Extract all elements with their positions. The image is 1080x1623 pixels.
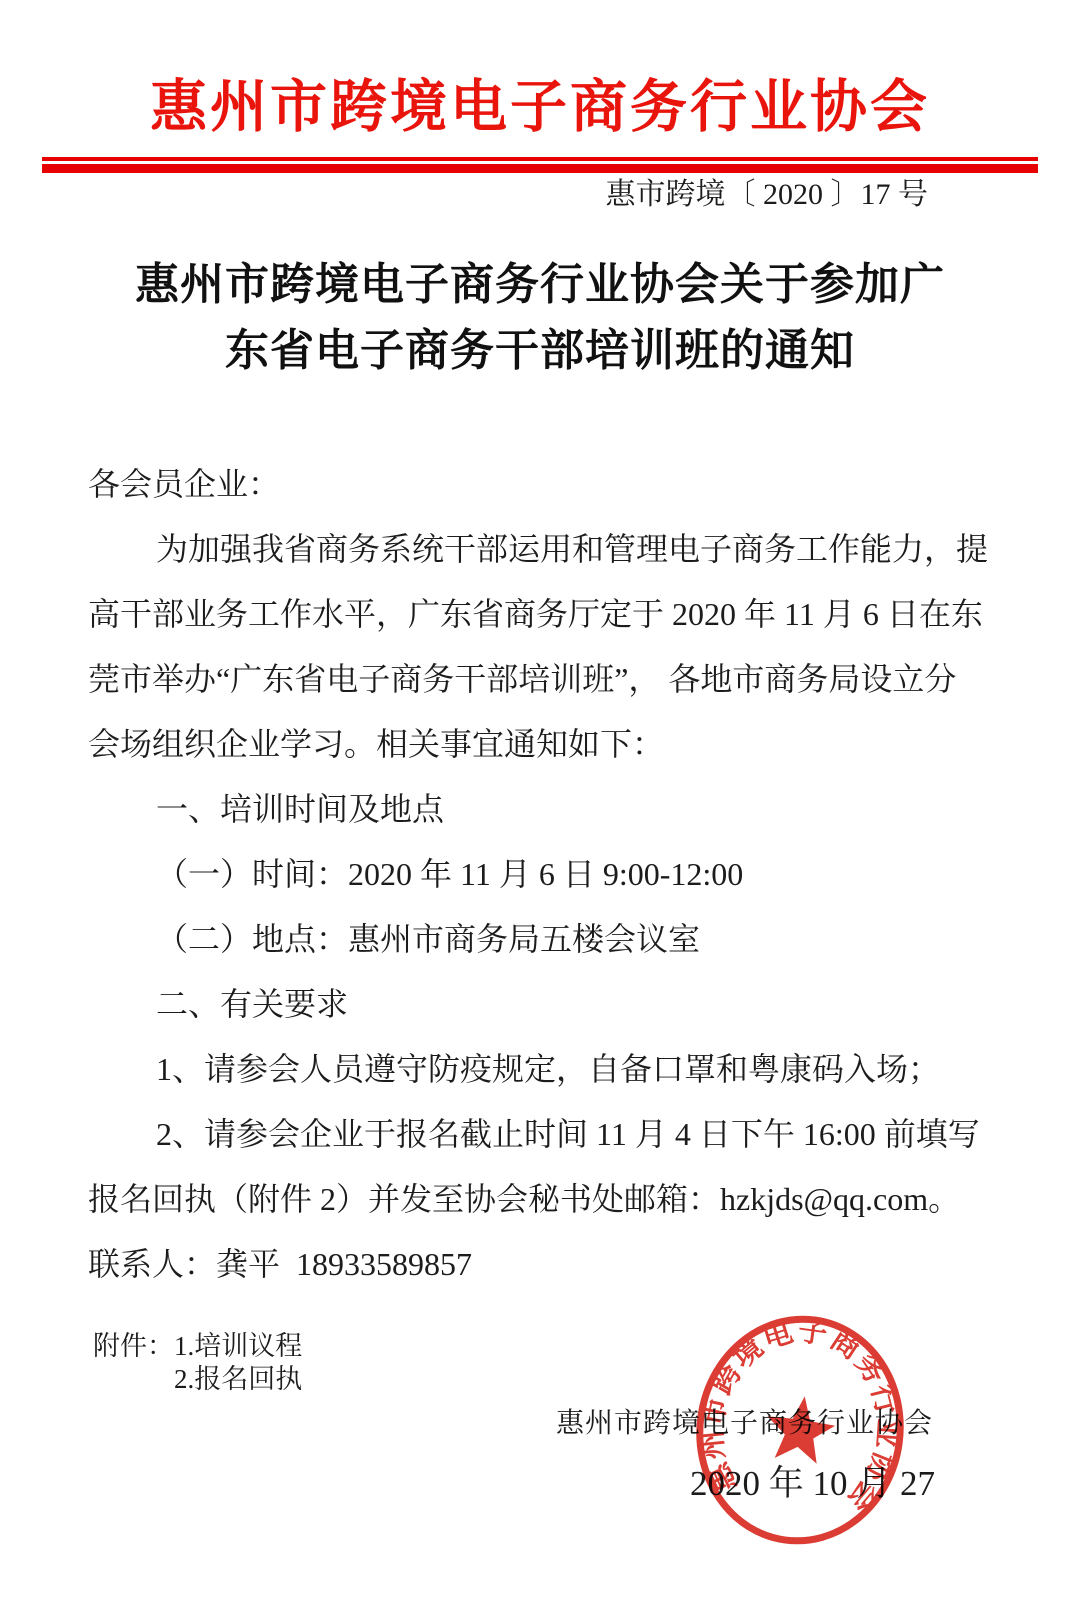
body-line: 二、有关要求 xyxy=(88,972,1008,1037)
seal-group: 惠州市跨境电子商务行业协会 xyxy=(690,1310,910,1550)
attachments-block: 附件： 1.培训议程 2.报名回执 xyxy=(93,1330,302,1396)
body-line: 为加强我省商务系统干部运用和管理电子商务工作能力，提 xyxy=(88,517,1008,582)
body-line: 各会员企业： xyxy=(88,452,1008,517)
body-line: 会场组织企业学习。相关事宜通知如下： xyxy=(88,712,1008,777)
body-line: 联系人：龚平 18933589857 xyxy=(88,1232,1008,1297)
body-line: 莞市举办“广东省电子商务干部培训班”， 各地市商务局设立分 xyxy=(88,647,1008,712)
letterhead-org-name: 惠州市跨境电子商务行业协会 xyxy=(0,76,1080,140)
body-text: 各会员企业： 为加强我省商务系统干部运用和管理电子商务工作能力，提 高干部业务工… xyxy=(88,452,1008,1297)
document-number: 惠市跨境〔 2020 〕17 号 xyxy=(606,177,929,213)
body-line: （一）时间：2020 年 11 月 6 日 9:00-12:00 xyxy=(88,842,1008,907)
official-seal: 惠州市跨境电子商务行业协会 xyxy=(690,1310,910,1550)
body-line: （二）地点：惠州市商务局五楼会议室 xyxy=(88,907,1008,972)
document-title: 惠州市跨境电子商务行业协会关于参加广 东省电子商务干部培训班的通知 xyxy=(0,252,1080,384)
attachment-item: 1.培训议程 xyxy=(174,1330,302,1363)
attachments-list: 1.培训议程 2.报名回执 xyxy=(174,1330,302,1396)
letterhead-divider xyxy=(42,157,1038,173)
divider-thick-line xyxy=(42,164,1038,173)
body-line: 2、请参会企业于报名截止时间 11 月 4 日下午 16:00 前填写 xyxy=(88,1102,1008,1167)
attachments-label: 附件： xyxy=(93,1330,174,1363)
body-line: 1、请参会人员遵守防疫规定，自备口罩和粤康码入场； xyxy=(88,1037,1008,1102)
attachment-item: 2.报名回执 xyxy=(174,1363,302,1396)
body-line: 报名回执（附件 2）并发至协会秘书处邮箱：hzkjds@qq.com。 xyxy=(88,1167,1008,1232)
document-title-line-2: 东省电子商务干部培训班的通知 xyxy=(0,318,1080,384)
document-title-line-1: 惠州市跨境电子商务行业协会关于参加广 xyxy=(0,252,1080,318)
body-line: 一、培训时间及地点 xyxy=(88,777,1008,842)
star-icon xyxy=(762,1392,839,1466)
body-line: 高干部业务工作水平，广东省商务厅定于 2020 年 11 月 6 日在东 xyxy=(88,582,1008,647)
official-notice-document: 惠州市跨境电子商务行业协会 惠市跨境〔 2020 〕17 号 惠州市跨境电子商务… xyxy=(0,0,1080,1623)
